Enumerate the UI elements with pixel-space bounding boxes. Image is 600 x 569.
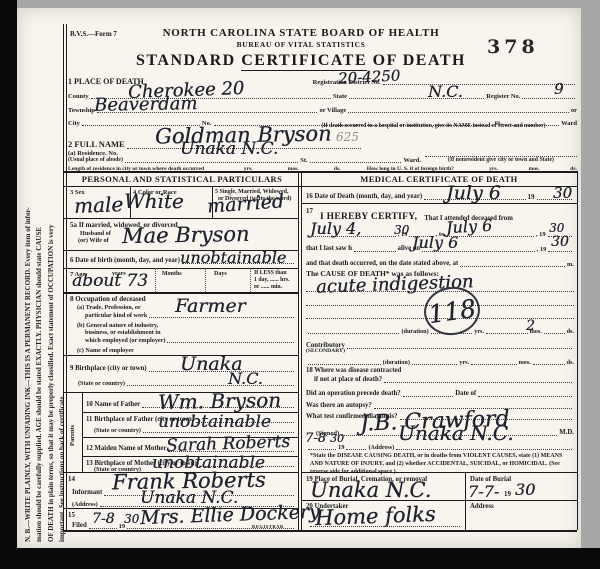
rule-line (66, 24, 67, 531)
dotted-line (471, 362, 516, 365)
parents-vertical-label: Parents (69, 425, 76, 446)
secondary-label: (SECONDARY) (306, 348, 345, 354)
duration-label: (duration) (383, 359, 410, 366)
table-border (63, 171, 577, 173)
year-19-label: 19 (504, 490, 511, 498)
birthplace-state-value: N.C. (228, 371, 263, 387)
table-border (63, 218, 298, 219)
yrs-label: yrs. (459, 359, 469, 366)
attended-from-value: July 4, (310, 221, 361, 237)
marital-status-value: married (206, 192, 284, 216)
ds-label: ds. (567, 359, 574, 366)
age-months-label: Months (162, 271, 182, 278)
duration2-row: (duration) yrs. mos. ds. (306, 356, 574, 366)
md-label: M.D. (559, 429, 574, 437)
dotted-line (425, 150, 577, 157)
birthplace-label: 9 Birthplace (city or town) (70, 365, 147, 373)
dotted-line (346, 447, 366, 450)
date-of-death-year: 30 (553, 186, 572, 201)
last-saw-value: July 6 (412, 235, 458, 251)
dotted-line (354, 249, 395, 252)
certificate-title: STANDARD CERTIFICATE OF DEATH (66, 52, 536, 70)
register-no-value: 9 (554, 82, 564, 97)
dotted-line (478, 394, 572, 397)
date-of-death-row: 16 Date of Death (month, day, and year) … (306, 190, 574, 201)
birthplace-state-row: (State or country) (78, 377, 296, 387)
address-label: (Address) (368, 444, 394, 451)
margin-line: N. B.—WRITE PLAINLY, WITH UNFADING INK—T… (23, 30, 34, 542)
table-border (577, 171, 578, 530)
burial-date-value: 7-7- (468, 484, 499, 500)
dotted-line (349, 96, 484, 99)
residence-row: (a) Residence. No. (Usual place of abode… (68, 150, 577, 164)
rule-line (63, 24, 64, 531)
father-name-value: Wm. Bryson (158, 390, 281, 412)
address-label: (Address) (72, 501, 98, 508)
residence-label-block: (a) Residence. No. (Usual place of abode… (68, 150, 123, 164)
contributory-row: Contributory (306, 340, 574, 350)
state-label: State (333, 93, 347, 100)
last-saw-year: 30 (551, 235, 569, 249)
dotted-line (403, 394, 454, 397)
operation-label: Did an operation precede death? (306, 390, 401, 398)
certificate-stamp-number: 378 (487, 36, 539, 58)
table-border (63, 292, 298, 294)
dotted-line (383, 82, 575, 85)
ds-label: ds. (567, 328, 574, 335)
sex-value: male (74, 194, 124, 216)
date-of-death-value: July 6 (446, 184, 501, 203)
register-no-label: Register No. (486, 93, 520, 100)
attended-to-year: 30 (549, 222, 564, 234)
or-label: or (571, 107, 577, 114)
spouse-value: Mae Bryson (122, 224, 250, 247)
margin-line: mation should be carefully supplied. AGE… (34, 30, 45, 542)
medical-section-header: MEDICAL CERTIFICATE OF DEATH (301, 175, 577, 185)
where-contracted-label: 18 Where was disease contracted (306, 367, 401, 375)
registration-district-value: 20-4250 (338, 68, 401, 86)
state-country-label: (State or country) (94, 427, 141, 434)
mother-label: 12 Maiden Name of Mother (86, 445, 166, 453)
dotted-line (396, 447, 572, 450)
death-certificate-scan: N. B.—WRITE PLAINLY, WITH UNFADING INK—T… (0, 0, 600, 569)
where-contracted-label2: if not at place of death? (314, 376, 382, 384)
age-less-label3: or ...... min. (254, 284, 282, 291)
cell-border (82, 392, 83, 472)
date-of-label: Date of (455, 390, 476, 398)
dotted-line (460, 264, 565, 267)
table-border (63, 268, 298, 269)
spacer (419, 221, 422, 223)
dotted-line (167, 340, 294, 343)
margin-instructions: N. B.—WRITE PLAINLY, WITH UNFADING INK—T… (23, 30, 68, 542)
last-saw-label: that I last saw h (306, 245, 352, 253)
column-divider (298, 171, 299, 530)
pencil-number-value: 625 (336, 131, 359, 143)
age-days-label: Days (214, 271, 227, 278)
color-race-value: White (124, 191, 184, 211)
personal-section-header: PERSONAL AND STATISTICAL PARTICULARS (66, 175, 298, 185)
death-occurred-row: and that death occurred, on the date sta… (306, 257, 574, 268)
father-birthplace-value: unobtainable (158, 414, 271, 431)
dotted-line (308, 331, 399, 334)
occupation-label: 8 Occupation of deceased (70, 295, 146, 303)
bureau-subtitle: BUREAU OF VITAL STATISTICS (66, 41, 536, 50)
cause-footnote: *State the DISEASE CAUSING DEATH, or in … (310, 452, 572, 476)
table-border (301, 203, 577, 204)
state-value: N.C. (428, 84, 463, 100)
cell-border (250, 268, 251, 292)
occupation-b-label3: which employed (or employer) (85, 337, 165, 344)
father-label: 10 Name of Father (86, 401, 140, 409)
age-less-label2: 1 day, ...... hrs. (254, 277, 290, 284)
cell-border (465, 472, 466, 530)
occupation-c-label: (c) Name of employer (77, 347, 134, 354)
state-country-label: (State or country) (78, 380, 125, 387)
yrs-label: yrs. (474, 328, 484, 335)
date-of-death-label: 16 Date of Death (month, day, and year) (306, 193, 422, 201)
cell-border (155, 268, 156, 292)
autopsy-label: Was there an autopsy? (306, 402, 372, 410)
dotted-line (348, 110, 569, 113)
mos-label: mos. (519, 359, 531, 366)
operation-row: Did an operation precede death? Date of (306, 388, 574, 398)
full-name-label: 2 FULL NAME (68, 140, 125, 150)
dotted-line (308, 447, 336, 450)
city-label: City (68, 120, 80, 127)
sign-date-value: 7-8 (305, 432, 326, 445)
cell-border (205, 268, 206, 292)
duration-label: (duration) (401, 328, 428, 335)
field-14-number: 14 (68, 475, 75, 483)
scan-background-right (581, 0, 600, 548)
occupation-a-label2: particular kind of work (85, 312, 147, 319)
burial-place-value: Unaka N.C. (310, 480, 431, 501)
dob-label: 6 Date of birth (month, day, and year) (70, 257, 180, 265)
filed-label: Filed (72, 522, 87, 530)
hospital-note: (If death occurred in a hospital or inst… (290, 123, 577, 130)
comma-19-label: , 19 (536, 231, 546, 238)
dob-value: unobtainable (180, 250, 286, 266)
margin-line: OF DEATH in plain terms, so that it may … (46, 30, 57, 542)
dotted-line (384, 380, 572, 383)
attended-from-year: 30 (394, 224, 409, 236)
mother-name-value: Sarah Roberts (166, 434, 291, 455)
residence-label: (a) Residence. No. (68, 150, 123, 157)
occupation-b-row: which employed (or employer) (85, 336, 296, 344)
cause-code-value: 118 (427, 295, 478, 326)
age-value: about 73 (72, 273, 148, 290)
dotted-line (522, 96, 575, 99)
dotted-line (308, 362, 381, 365)
wife-of-label: (or) Wife of (78, 237, 109, 244)
dotted-line (486, 331, 528, 334)
burial-year-value: 30 (515, 482, 535, 498)
title-part: STANDARD (136, 52, 241, 69)
township-value: Beaverdam (94, 95, 198, 115)
undertaker-address-label: Address (470, 503, 494, 511)
table-border (63, 530, 577, 532)
county-label: County (68, 93, 89, 100)
or-village-label: or Village (319, 107, 346, 114)
age-less-label1: If LESS than (254, 270, 287, 277)
m-label: m. (567, 261, 574, 268)
dotted-line (412, 362, 457, 365)
death-occurred-label: and that death occurred, on the date sta… (306, 260, 458, 268)
dotted-line (533, 362, 565, 365)
column-divider (301, 171, 302, 530)
where-contracted-row2: if not at place of death? (314, 375, 574, 384)
filed-year-value: 30 (124, 513, 139, 525)
township-label: Township (68, 107, 95, 114)
occupation-value: Farmer (175, 297, 246, 316)
sign-address-value: Unaka N.C. (398, 423, 514, 443)
nonresident-block: (If nonresident give city or town and St… (425, 150, 577, 164)
field-17-number: 17 (306, 207, 313, 215)
dotted-line (347, 346, 572, 349)
board-title: NORTH CAROLINA STATE BOARD OF HEALTH (66, 27, 536, 40)
comma-19-label: , 19 (537, 246, 547, 253)
dotted-line (127, 383, 294, 386)
undertaker-value: Home folks (315, 504, 436, 529)
informant-label: Informant (72, 489, 102, 497)
year-19-label: 19 (528, 193, 535, 201)
residence-value: Unaka N.C. (180, 141, 278, 158)
duration-days-value: 2 (526, 319, 535, 333)
dotted-line (544, 331, 565, 334)
sign-year-value: 30 (330, 433, 344, 444)
filed-date-value: 7-8 (92, 512, 115, 526)
field-15-number: 15 (68, 511, 75, 519)
